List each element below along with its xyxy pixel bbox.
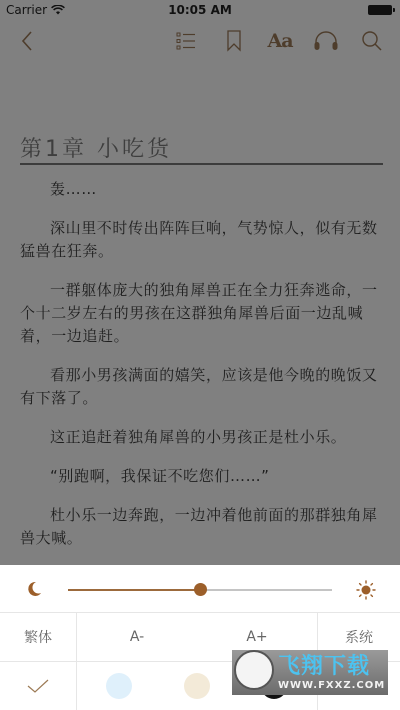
reading-page: Carrier 10:05 AM	[0, 0, 400, 565]
paragraph: 一群躯体庞大的独角犀兽正在全力狂奔逃命，一个十二岁左右的男孩在这群独角犀兽后面一…	[20, 279, 390, 348]
font-increase-button[interactable]: A+	[197, 613, 317, 661]
page-mode-button[interactable]	[318, 662, 400, 710]
font-settings-button[interactable]: Aa	[265, 26, 295, 56]
bookmark-icon	[226, 30, 242, 52]
font-family-button[interactable]: 系统	[318, 613, 400, 661]
reading-settings-panel: 繁体 A- A+ 系统	[0, 565, 400, 710]
paragraph: 深山里不时传出阵阵巨响，气势惊人，似有无数猛兽在狂奔。	[20, 217, 390, 263]
bookmark-button[interactable]	[219, 26, 249, 56]
brightness-slider-thumb[interactable]	[194, 583, 207, 596]
back-button[interactable]	[12, 26, 42, 56]
theme-row	[0, 662, 400, 710]
font-aa-icon: Aa	[267, 30, 292, 52]
paragraph: 这正追赶着独角犀兽的小男孩正是杜小乐。	[20, 426, 390, 449]
theme-white-button[interactable]	[0, 662, 76, 710]
theme-light-blue-swatch[interactable]	[106, 673, 132, 699]
listen-button[interactable]	[311, 26, 341, 56]
chapter-title-divider	[20, 163, 383, 165]
table-of-contents-button[interactable]	[171, 26, 201, 56]
sun-icon	[356, 580, 376, 600]
brightness-slider[interactable]	[68, 589, 332, 591]
font-row: 繁体 A- A+ 系统	[0, 613, 400, 662]
theme-beige-swatch[interactable]	[184, 673, 210, 699]
status-time: 10:05 AM	[0, 3, 400, 17]
paragraph: 轰……	[20, 178, 390, 201]
brightness-slider-fill	[68, 589, 200, 591]
chapter-title: 第1章 小吃货	[20, 132, 172, 163]
headphones-icon	[313, 30, 339, 52]
moon-icon	[25, 580, 43, 598]
chevron-left-icon	[20, 30, 34, 52]
search-button[interactable]	[357, 26, 387, 56]
list-icon	[176, 31, 196, 51]
search-icon	[361, 30, 383, 52]
chapter-content: 轰…… 深山里不时传出阵阵巨响，气势惊人，似有无数猛兽在狂奔。 一群躯体庞大的独…	[20, 178, 390, 566]
status-bar: Carrier 10:05 AM	[0, 0, 400, 20]
brightness-row	[0, 565, 400, 613]
paragraph: “别跑啊，我保证不吃您们……”	[20, 465, 390, 488]
paragraph: 看那小男孩满面的嬉笑，应该是他今晚的晚饭又有下落了。	[20, 364, 390, 410]
paragraph: 杜小乐一边奔跑，一边冲着他前面的那群独角犀兽大喊。	[20, 504, 390, 550]
font-decrease-button[interactable]: A-	[77, 613, 197, 661]
divider	[76, 662, 77, 710]
battery-icon	[368, 5, 392, 15]
traditional-chinese-button[interactable]: 繁体	[0, 613, 76, 661]
theme-dark-swatch[interactable]	[261, 673, 287, 699]
checkmark-icon	[26, 678, 50, 694]
reader-toolbar: Aa	[0, 20, 400, 64]
